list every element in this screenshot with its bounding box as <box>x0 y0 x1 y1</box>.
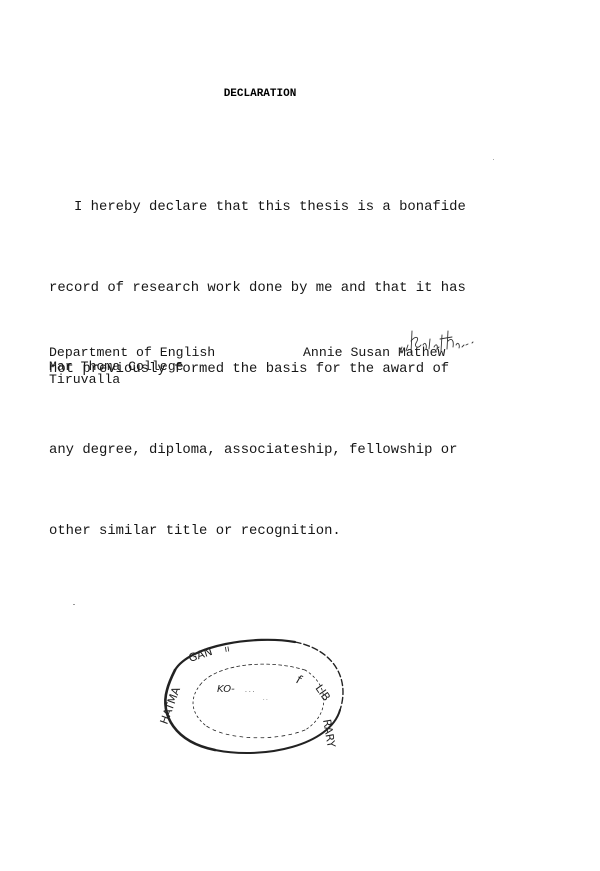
svg-text:HATMA: HATMA <box>158 685 184 726</box>
scan-speck <box>73 604 75 605</box>
svg-text:KO-: KO- <box>217 684 235 695</box>
address-line-college: Mar Thoma College <box>49 360 215 374</box>
paragraph-line: record of research work done by me and t… <box>49 275 489 302</box>
svg-text:. .: . . <box>263 696 268 702</box>
svg-text:GAN: GAN <box>187 645 214 665</box>
signature-icon <box>392 323 492 361</box>
paragraph-line: I hereby declare that this thesis is a b… <box>49 194 489 221</box>
svg-text:· · ·: · · · <box>245 689 255 696</box>
department-address: Department of English Mar Thoma College … <box>49 346 215 387</box>
paragraph-line: other similar title or recognition. <box>49 518 489 545</box>
paragraph-line: any degree, diploma, associateship, fell… <box>49 437 489 464</box>
page-title: DECLARATION <box>0 88 520 100</box>
svg-text:f: f <box>294 672 305 687</box>
scan-speck <box>493 159 494 160</box>
address-line-city: Tiruvalla <box>49 373 215 387</box>
svg-text:ıı: ıı <box>224 644 231 655</box>
library-stamp-icon: GAN ıı KO- · · · . . f LIB RARY HATMA <box>145 630 360 765</box>
address-line-department: Department of English <box>49 346 215 360</box>
svg-text:RARY: RARY <box>320 718 338 748</box>
svg-text:LIB: LIB <box>313 682 333 703</box>
